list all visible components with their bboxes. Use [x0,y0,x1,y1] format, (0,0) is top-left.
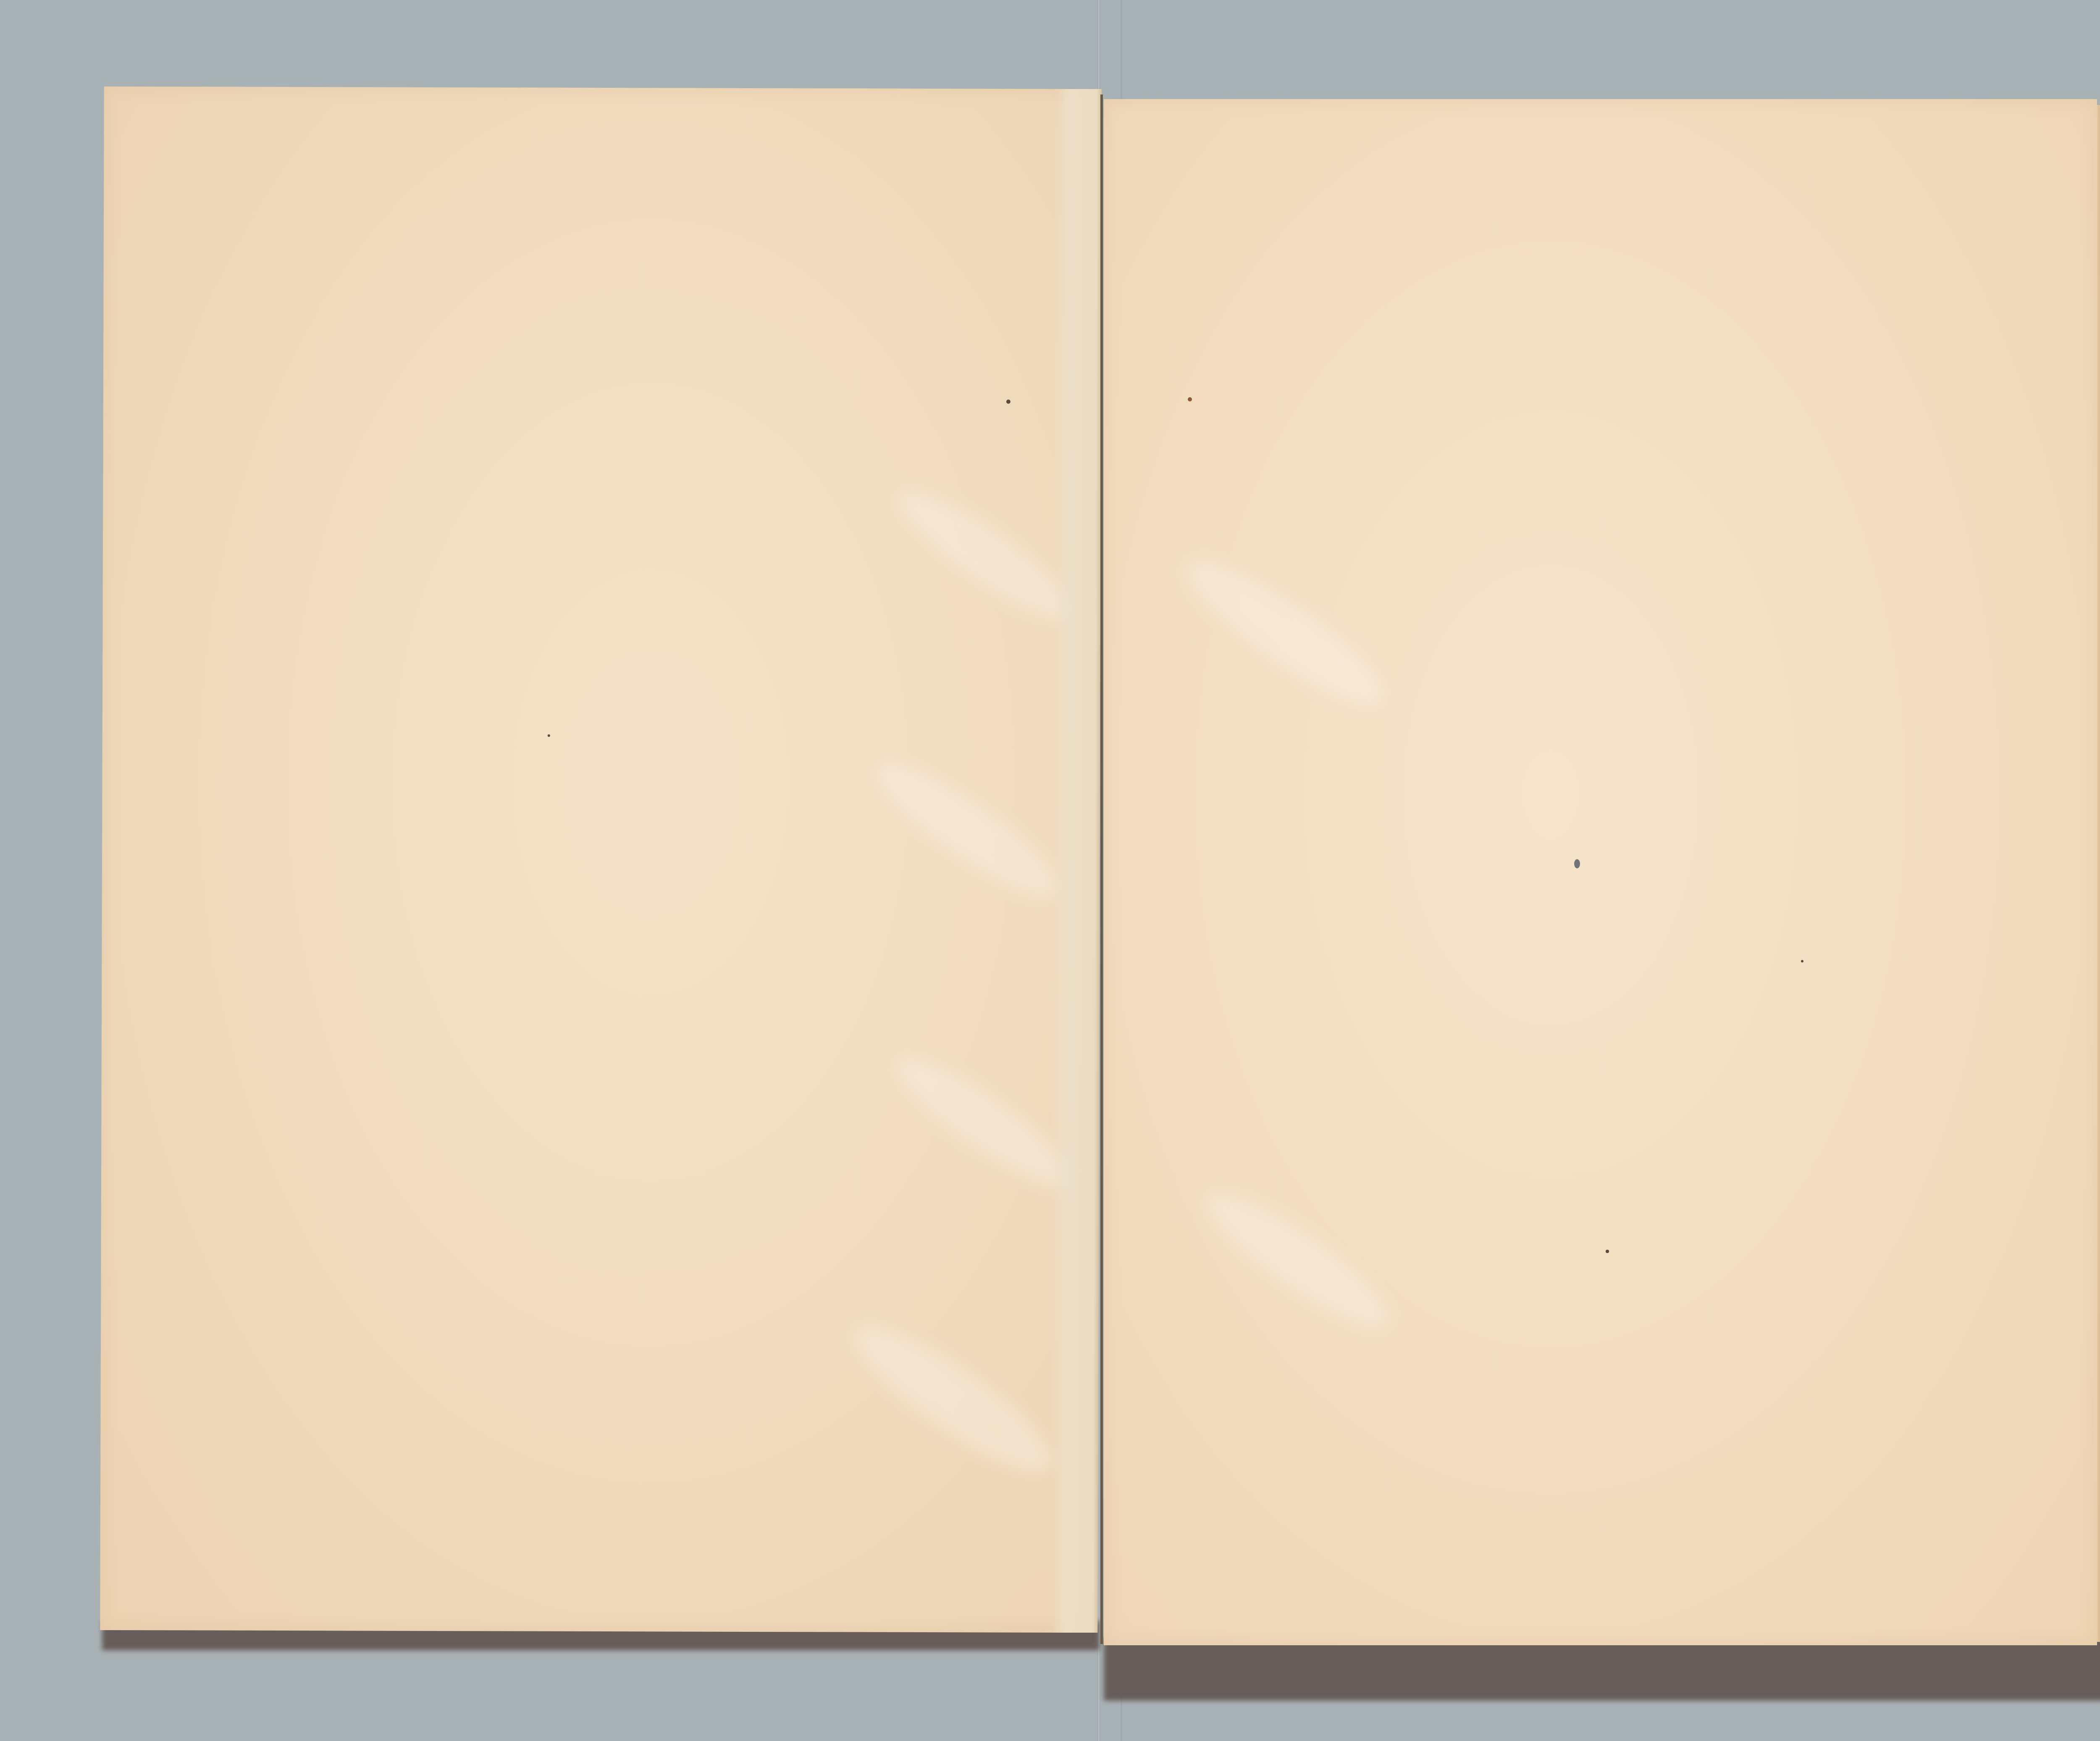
paper-speck [1801,960,1803,962]
paper-wrinkle [1171,541,1397,724]
gutter-strip [1051,89,1102,1633]
book-spine [1100,94,1103,1644]
left-page [100,87,1102,1633]
paper-wrinkle [862,745,1072,915]
paper-wrinkle [840,1307,1066,1491]
paper-speck [1188,397,1192,401]
paper-speck [1006,400,1011,404]
paper-speck [548,734,550,737]
paper-speck [1574,859,1580,868]
paper-speck [1606,1250,1609,1253]
right-page [1104,99,2097,1645]
page-edge-stack [2097,105,2100,1642]
paper-wrinkle [1192,1175,1402,1345]
right-page-shadow [1104,1638,2100,1701]
